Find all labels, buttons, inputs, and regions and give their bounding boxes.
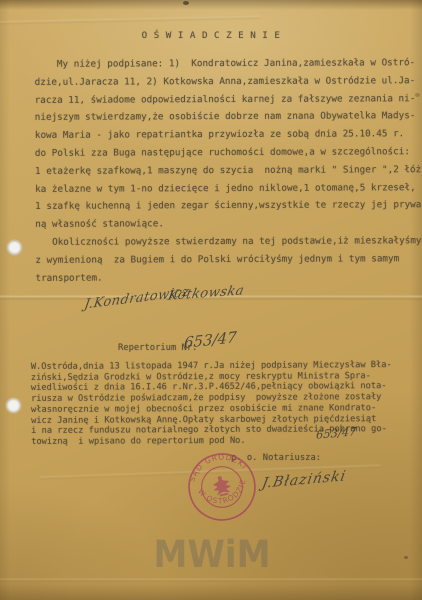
typed-line: kowa Maria - jako repatriantka przywiozł…	[35, 125, 422, 145]
svg-text:SĄD GRODZKI: SĄD GRODZKI	[183, 446, 250, 485]
hole-punch-top	[7, 240, 22, 255]
paper-speck	[183, 1, 189, 5]
declaration-body: My niżej podpisane: 1) Kondratowicz Jani…	[34, 54, 422, 287]
typed-line: My niżej podpisane: 1) Kondratowicz Jani…	[34, 54, 422, 74]
notary-title-label: p. o. Notariusza:	[231, 453, 321, 463]
stamp-eagle-emblem	[210, 474, 232, 498]
archive-watermark: MWiM	[148, 533, 277, 576]
signature-notary: J.Błaziński	[261, 468, 348, 492]
typed-line: dzie,ul.Jaracza 11, 2) Kotkowska Anna,za…	[35, 72, 422, 92]
typed-line: 1 etażerkę szafkową,1 maszynę do szycia …	[35, 161, 422, 181]
stamp-top-text: SĄD GRODZKI	[183, 446, 250, 485]
paper-crease	[0, 578, 422, 582]
repertorium-number-handwritten: 653/47	[184, 328, 238, 352]
typed-line: 1 szafkę kuchenną i jeden zegar ścienny,…	[35, 197, 422, 217]
typed-line: racza 11, świadome odpowiedzialności kar…	[35, 90, 422, 110]
typed-line: ną własność stanowiące.	[35, 214, 422, 234]
typed-line: Okoliczności powyższe stwierdzamy na tej…	[35, 232, 422, 252]
typed-line: z wymienioną za Bugiem i do Polski wróci…	[35, 250, 422, 270]
stamp-bottom-text: W OSTRÓDZIE	[195, 476, 252, 511]
document-scan: O Ś W I A D C Z E N I E My niżej podpisa…	[0, 0, 422, 600]
paper-crease	[0, 15, 260, 24]
document-title: O Ś W I A D C Z E N I E	[0, 30, 422, 41]
typed-line: ka żelazne w tym 1-no dziecięce i jedno …	[35, 179, 422, 199]
svg-text:W OSTRÓDZIE: W OSTRÓDZIE	[195, 476, 252, 511]
typed-line: do Polski zza Buga następujące ruchomośc…	[35, 143, 422, 163]
hole-punch-bottom	[6, 398, 21, 413]
paper-speck	[404, 556, 408, 559]
typed-line: niejszym stwierdzamy,że osobiście dobrze…	[35, 108, 422, 128]
